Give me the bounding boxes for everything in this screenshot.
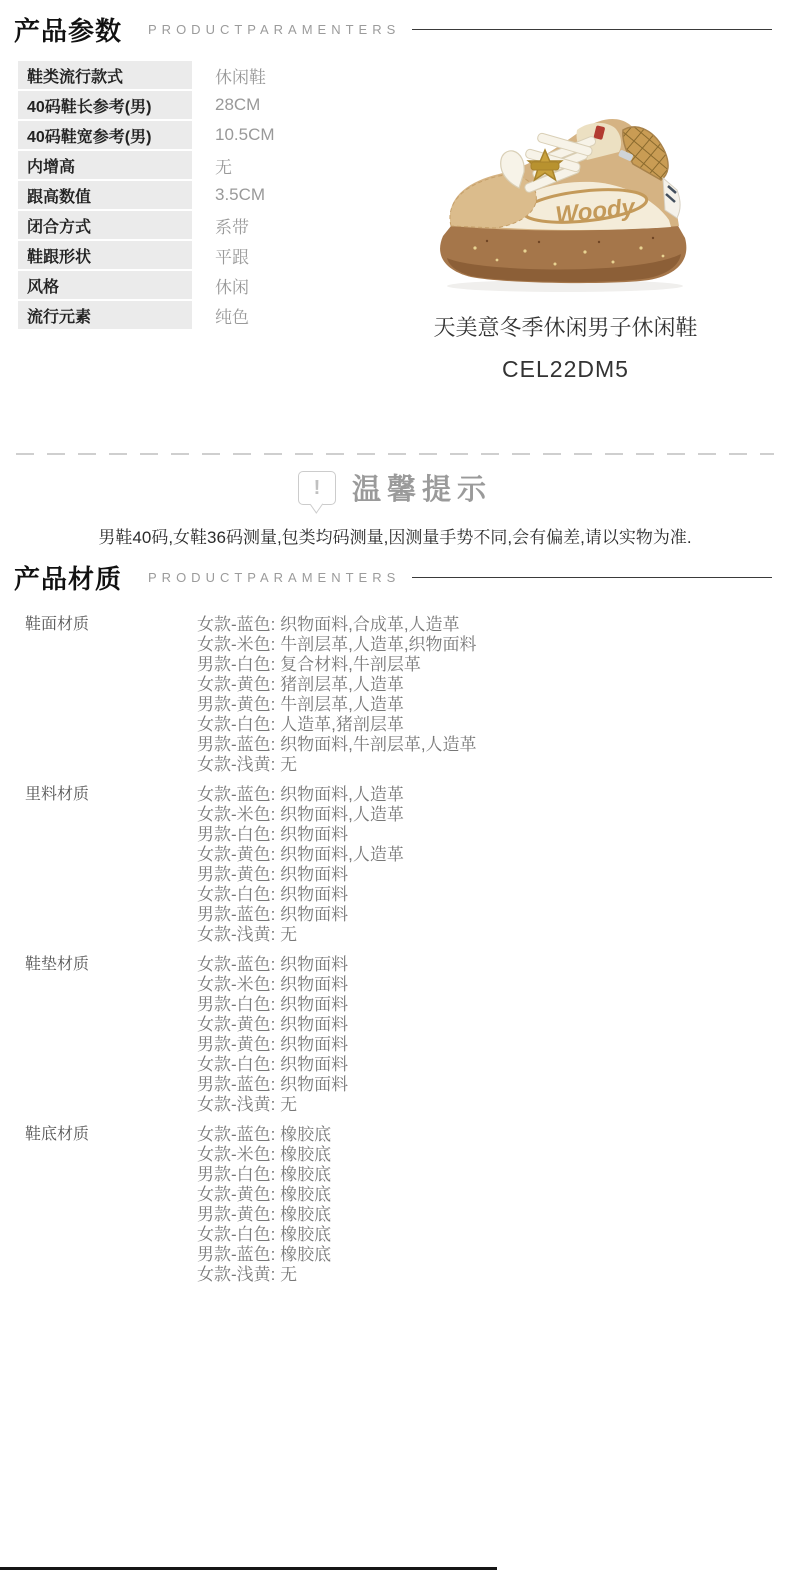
param-label: 鞋类流行款式 <box>18 61 192 89</box>
param-value: 10.5CM <box>215 125 275 145</box>
param-row: 鞋跟形状平跟 <box>18 241 388 269</box>
material-row: 女款-白色: 织物面料 <box>197 1055 790 1075</box>
materials-list: 鞋面材质女款-蓝色: 织物面料,合成革,人造革女款-米色: 牛剖层革,人造革,织… <box>0 615 790 1285</box>
product-model: CEL22DM5 <box>383 356 748 383</box>
param-row: 40码鞋长参考(男)28CM <box>18 91 388 119</box>
material-row: 男款-蓝色: 织物面料,牛剖层革,人造革 <box>197 735 790 755</box>
product-parameters-header: 产品参数 PRODUCTPARAMENTERS <box>14 0 772 48</box>
param-value: 系带 <box>215 213 249 238</box>
product-title: 天美意冬季休闲男子休闲鞋 <box>383 311 748 342</box>
param-row: 风格休闲 <box>18 271 388 299</box>
param-value: 28CM <box>215 95 260 115</box>
material-row: 女款-黄色: 橡胶底 <box>197 1185 790 1205</box>
param-value: 休闲鞋 <box>215 63 266 88</box>
product-image: Woody <box>427 96 705 296</box>
material-row: 女款-米色: 橡胶底 <box>197 1145 790 1165</box>
product-materials-header: 产品材质 PRODUCTPARAMENTERS <box>14 559 772 596</box>
material-row: 女款-米色: 织物面料,人造革 <box>197 805 790 825</box>
material-rows: 女款-蓝色: 织物面料女款-米色: 织物面料男款-白色: 织物面料女款-黄色: … <box>197 955 790 1115</box>
material-row: 女款-白色: 橡胶底 <box>197 1225 790 1245</box>
material-row: 女款-浅黄: 无 <box>197 925 790 945</box>
material-row: 女款-浅黄: 无 <box>197 755 790 775</box>
material-row: 男款-白色: 织物面料 <box>197 825 790 845</box>
material-row: 女款-米色: 织物面料 <box>197 975 790 995</box>
material-row: 女款-浅黄: 无 <box>197 1095 790 1115</box>
material-row: 女款-浅黄: 无 <box>197 1265 790 1285</box>
section-title-cn: 产品参数 <box>14 11 122 48</box>
param-value: 3.5CM <box>215 185 265 205</box>
material-row: 女款-黄色: 猪剖层革,人造革 <box>197 675 790 695</box>
param-label: 流行元素 <box>18 301 192 329</box>
param-label: 内增高 <box>18 151 192 179</box>
param-row: 流行元素纯色 <box>18 301 388 329</box>
material-label: 鞋垫材质 <box>0 955 197 1115</box>
param-label: 跟高数值 <box>18 181 192 209</box>
material-row: 男款-蓝色: 织物面料 <box>197 905 790 925</box>
param-label: 40码鞋宽参考(男) <box>18 121 192 149</box>
parameters-section: 鞋类流行款式休闲鞋40码鞋长参考(男)28CM40码鞋宽参考(男)10.5CM内… <box>0 48 790 453</box>
param-row: 跟高数值3.5CM <box>18 181 388 209</box>
section-title-en: PRODUCTPARAMENTERS <box>148 22 400 37</box>
material-label: 里料材质 <box>0 785 197 945</box>
material-row: 女款-黄色: 织物面料 <box>197 1015 790 1035</box>
material-row: 男款-白色: 织物面料 <box>197 995 790 1015</box>
tips-header: ! 温馨提示 <box>0 467 790 513</box>
param-value: 无 <box>215 153 232 178</box>
material-block: 里料材质女款-蓝色: 织物面料,人造革女款-米色: 织物面料,人造革男款-白色:… <box>0 785 790 945</box>
material-label: 鞋底材质 <box>0 1125 197 1285</box>
material-block: 鞋垫材质女款-蓝色: 织物面料女款-米色: 织物面料男款-白色: 织物面料女款-… <box>0 955 790 1115</box>
param-value: 休闲 <box>215 273 249 298</box>
material-row: 男款-蓝色: 橡胶底 <box>197 1245 790 1265</box>
param-value: 纯色 <box>215 303 249 328</box>
tips-title: 温馨提示 <box>352 467 492 508</box>
material-row: 女款-蓝色: 织物面料,合成革,人造革 <box>197 615 790 635</box>
param-label: 鞋跟形状 <box>18 241 192 269</box>
material-row: 男款-黄色: 织物面料 <box>197 1035 790 1055</box>
material-row: 女款-蓝色: 织物面料 <box>197 955 790 975</box>
param-row: 40码鞋宽参考(男)10.5CM <box>18 121 388 149</box>
section-title-en: PRODUCTPARAMENTERS <box>148 570 400 585</box>
product-display: Woody 天美意冬季休闲男子休闲鞋 CEL22 <box>383 96 748 383</box>
param-label: 闭合方式 <box>18 211 192 239</box>
param-label: 40码鞋长参考(男) <box>18 91 192 119</box>
material-block: 鞋底材质女款-蓝色: 橡胶底女款-米色: 橡胶底男款-白色: 橡胶底女款-黄色:… <box>0 1125 790 1285</box>
material-row: 男款-白色: 橡胶底 <box>197 1165 790 1185</box>
material-row: 女款-蓝色: 织物面料,人造革 <box>197 785 790 805</box>
param-value: 平跟 <box>215 243 249 268</box>
material-row: 男款-黄色: 牛剖层革,人造革 <box>197 695 790 715</box>
material-rows: 女款-蓝色: 织物面料,人造革女款-米色: 织物面料,人造革男款-白色: 织物面… <box>197 785 790 945</box>
exclamation-bubble-icon: ! <box>298 471 336 505</box>
tips-text: 男鞋40码,女鞋36码测量,包类均码测量,因测量手势不同,会有偏差,请以实物为准… <box>0 523 790 548</box>
material-row: 男款-蓝色: 织物面料 <box>197 1075 790 1095</box>
param-label: 风格 <box>18 271 192 299</box>
material-rows: 女款-蓝色: 橡胶底女款-米色: 橡胶底男款-白色: 橡胶底女款-黄色: 橡胶底… <box>197 1125 790 1285</box>
material-row: 女款-白色: 织物面料 <box>197 885 790 905</box>
material-row: 男款-黄色: 橡胶底 <box>197 1205 790 1225</box>
material-label: 鞋面材质 <box>0 615 197 775</box>
params-table: 鞋类流行款式休闲鞋40码鞋长参考(男)28CM40码鞋宽参考(男)10.5CM内… <box>18 61 388 331</box>
material-row: 女款-米色: 牛剖层革,人造革,织物面料 <box>197 635 790 655</box>
material-row: 女款-黄色: 织物面料,人造革 <box>197 845 790 865</box>
material-row: 女款-白色: 人造革,猪剖层革 <box>197 715 790 735</box>
header-rule <box>412 29 772 30</box>
material-row: 男款-白色: 复合材料,牛剖层革 <box>197 655 790 675</box>
section-title-cn: 产品材质 <box>14 559 122 596</box>
param-row: 内增高无 <box>18 151 388 179</box>
exclamation-mark: ! <box>314 478 321 498</box>
dashed-divider <box>16 453 774 455</box>
param-row: 闭合方式系带 <box>18 211 388 239</box>
material-block: 鞋面材质女款-蓝色: 织物面料,合成革,人造革女款-米色: 牛剖层革,人造革,织… <box>0 615 790 775</box>
param-row: 鞋类流行款式休闲鞋 <box>18 61 388 89</box>
header-rule <box>412 577 772 578</box>
material-rows: 女款-蓝色: 织物面料,合成革,人造革女款-米色: 牛剖层革,人造革,织物面料男… <box>197 615 790 775</box>
material-row: 女款-蓝色: 橡胶底 <box>197 1125 790 1145</box>
material-row: 男款-黄色: 织物面料 <box>197 865 790 885</box>
